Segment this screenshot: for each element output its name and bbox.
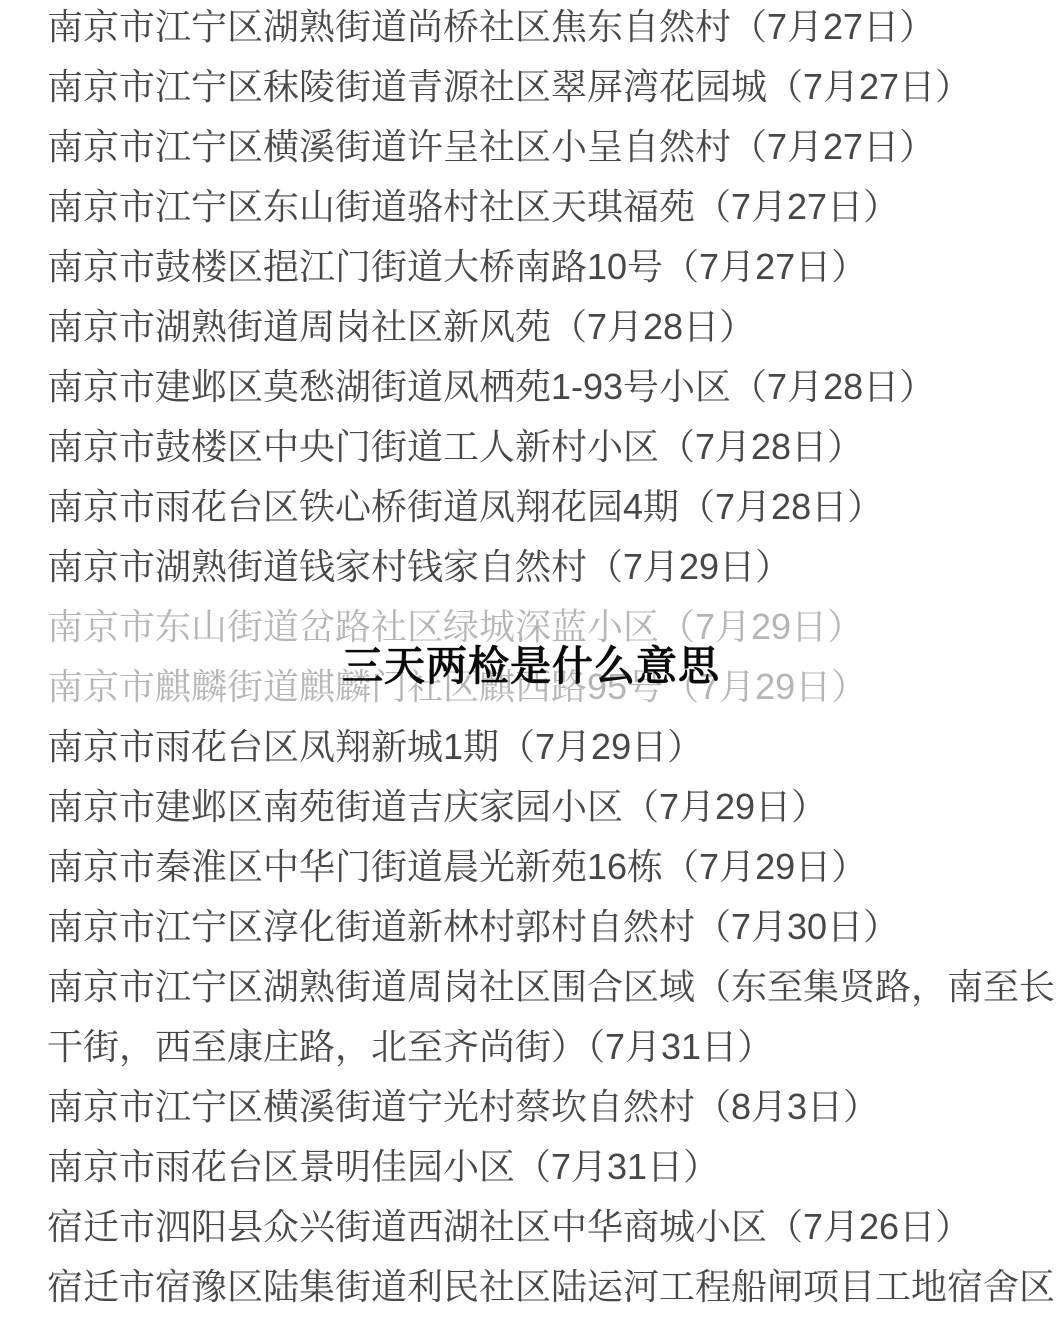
list-item: 南京市江宁区横溪街道宁光村蔡坎自然村（8月3日） — [47, 1077, 1059, 1137]
list-item: 南京市雨花台区凤翔新城1期（7月29日） — [47, 717, 1059, 777]
list-item: 宿迁市泗阳县众兴街道西湖社区中华商城小区（7月26日） — [47, 1197, 1059, 1257]
list-item: 南京市江宁区秣陵街道青源社区翠屏湾花园城（7月27日） — [47, 57, 1059, 117]
list-item: 南京市建邺区南苑街道吉庆家园小区（7月29日） — [47, 777, 1059, 837]
list-item: 南京市雨花台区景明佳园小区（7月31日） — [47, 1137, 1059, 1197]
list-item: 南京市江宁区湖熟街道尚桥社区焦东自然村（7月27日） — [47, 0, 1059, 57]
list-item: 南京市江宁区湖熟街道周岗社区围合区域（东至集贤路，南至长干街，西至康庄路，北至齐… — [47, 957, 1059, 1077]
overlay-title: 三天两检是什么意思 — [0, 644, 1062, 688]
list-item: 南京市建邺区莫愁湖街道凤栖苑1-93号小区（7月28日） — [47, 357, 1059, 417]
list-item: 南京市湖熟街道周岗社区新风苑（7月28日） — [47, 297, 1059, 357]
list-item: 南京市湖熟街道钱家村钱家自然村（7月29日） — [47, 537, 1059, 597]
list-item: 南京市雨花台区铁心桥街道凤翔花园4期（7月28日） — [47, 477, 1059, 537]
list-item: 南京市江宁区淳化街道新林村郭村自然村（7月30日） — [47, 897, 1059, 957]
article-page: 南京市江宁区湖熟街道尚桥社区焦东自然村（7月27日）南京市江宁区秣陵街道青源社区… — [0, 0, 1062, 1338]
list-item: 南京市江宁区东山街道骆村社区天琪福苑（7月27日） — [47, 177, 1059, 237]
list-item: 南京市鼓楼区挹江门街道大桥南路10号（7月27日） — [47, 237, 1059, 297]
list-item: 南京市秦淮区中华门街道晨光新苑16栋（7月29日） — [47, 837, 1059, 897]
list-item: 南京市鼓楼区中央门街道工人新村小区（7月28日） — [47, 417, 1059, 477]
list-item: 宿迁市宿豫区陆集街道利民社区陆运河工程船闸项目工地宿舍区 — [47, 1257, 1059, 1317]
list-item: 南京市江宁区横溪街道许呈社区小呈自然村（7月27日） — [47, 117, 1059, 177]
